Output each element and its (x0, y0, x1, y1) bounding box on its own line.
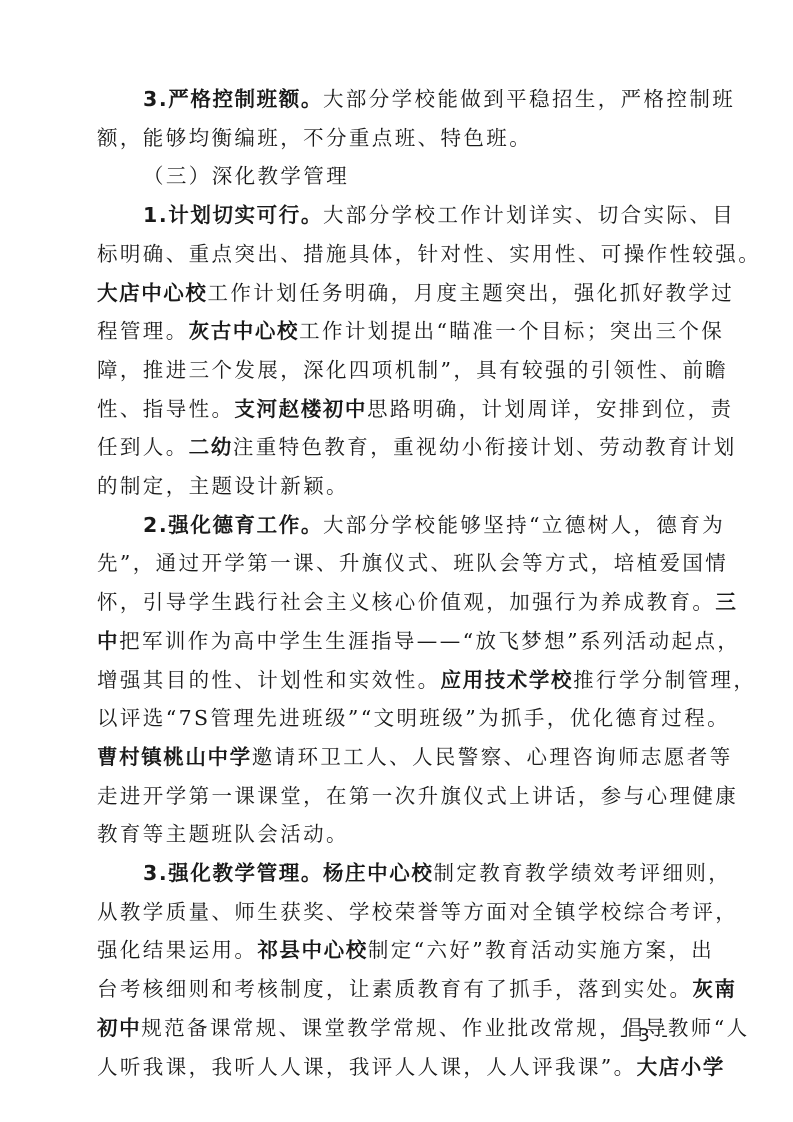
text-run: 程管理。 (97, 319, 189, 343)
text-line: 怀，引导学生践行社会主义核心价值观，加强行为养成教育。三 (97, 587, 737, 617)
bold-text: 二幼 (189, 435, 233, 459)
text-run: 标明确、重点突出、措施具体，针对性、实用性、可操作性较强。 (97, 242, 761, 266)
text-line: （三）深化教学管理 (143, 161, 349, 191)
bold-text: 3.强化教学管理。杨庄中心校 (143, 861, 433, 885)
text-run: 教育等主题班队会活动。 (97, 822, 349, 846)
bold-text: 曹村镇桃山中学 (97, 745, 252, 769)
text-line: 教育等主题班队会活动。 (97, 819, 349, 849)
text-line: 任到人。二幼注重特色教育，重视幼小衔接计划、劳动教育计划 (97, 432, 737, 462)
text-run: 注重特色教育，重视幼小衔接计划、劳动教育计划 (233, 435, 737, 459)
text-line: 程管理。灰古中心校工作计划提出“瞄准一个目标；突出三个保 (97, 316, 724, 346)
text-line: 以评选“7S管理先进班级”“文明班级”为抓手，优化德育过程。 (97, 703, 730, 733)
bold-text: 灰古中心校 (189, 319, 300, 343)
text-run: 邀请环卫工人、人民警察、心理咨询师志愿者等 (252, 745, 733, 769)
text-run: （三）深化教学管理 (143, 164, 349, 188)
text-run: 把军训作为高中学生生涯指导——“放飞梦想”系列活动起点， (119, 629, 740, 653)
text-run: 的制定，主题设计新颖。 (97, 474, 349, 498)
text-line: 先”，通过开学第一课、升旗仪式、班队会等方式，培植爱国情 (97, 548, 728, 578)
page-number: - 3 - (620, 1025, 671, 1046)
text-line: 1.计划切实可行。大部分学校工作计划详实、切合实际、目 (143, 200, 735, 230)
bold-text: 大店中心校 (97, 281, 208, 305)
bold-text: 2.强化德育工作。 (143, 513, 323, 537)
text-line: 台考核细则和考核制度，让素质教育有了抓手，落到实处。灰南 (97, 974, 737, 1004)
text-run: 任到人。 (97, 435, 189, 459)
bold-text: 3.严格控制班额。 (143, 87, 323, 111)
bold-text: 灰南 (692, 977, 736, 1001)
text-line: 的制定，主题设计新颖。 (97, 471, 349, 501)
text-line: 性、指导性。支河赵楼初中思路明确，计划周详，安排到位，责 (97, 394, 733, 424)
bold-text: 三 (715, 590, 737, 614)
text-run: 大部分学校能够坚持“立德树人，德育为 (323, 513, 725, 537)
text-line: 人听我课，我听人人课，我评人人课，人人评我课”。大店小学 (97, 1052, 725, 1082)
text-line: 增强其目的性、计划性和实效性。应用技术学校推行学分制管理， (97, 665, 756, 695)
text-run: 推行学分制管理， (573, 668, 756, 692)
text-line: 强化结果运用。祁县中心校制定“六好”教育活动实施方案，出 (97, 935, 714, 965)
text-run: 障，推进三个发展，深化四项机制”，具有较强的引领性、前瞻 (97, 358, 728, 382)
text-line: 3.强化教学管理。杨庄中心校制定教育教学绩效考评细则， (143, 858, 731, 888)
bold-text: 中 (97, 629, 119, 653)
text-run: 大部分学校工作计划详实、切合实际、目 (323, 203, 735, 227)
text-run: 制定教育教学绩效考评细则， (433, 861, 731, 885)
text-line: 从教学质量、师生获奖、学校荣誉等方面对全镇学校综合考评， (97, 897, 738, 927)
text-run: 人听我课，我听人人课，我评人人课，人人评我课”。 (97, 1055, 637, 1079)
bold-text: 初中 (97, 1016, 141, 1040)
text-run: 性、指导性。 (97, 397, 234, 421)
text-run: 从教学质量、师生获奖、学校荣誉等方面对全镇学校综合考评， (97, 900, 738, 924)
text-run: 思路明确，计划周详，安排到位，责 (367, 397, 733, 421)
text-run: 先”，通过开学第一课、升旗仪式、班队会等方式，培植爱国情 (97, 551, 728, 575)
text-line: 中把军训作为高中学生生涯指导——“放飞梦想”系列活动起点， (97, 626, 740, 656)
text-line: 额，能够均衡编班，不分重点班、特色班。 (97, 123, 532, 153)
text-run: 工作计划任务明确，月度主题突出，强化抓好教学过 (208, 281, 735, 305)
text-line: 3.严格控制班额。大部分学校能做到平稳招生，严格控制班 (143, 84, 735, 114)
text-line: 大店中心校工作计划任务明确，月度主题突出，强化抓好教学过 (97, 278, 734, 308)
bold-text: 支河赵楼初中 (234, 397, 367, 421)
text-line: 走进开学第一课课堂，在第一次升旗仪式上讲话，参与心理健康 (97, 781, 738, 811)
text-line: 2.强化德育工作。大部分学校能够坚持“立德树人，德育为 (143, 510, 725, 540)
bold-text: 应用技术学校 (441, 668, 574, 692)
bold-text: 祁县中心校 (257, 938, 368, 962)
text-line: 标明确、重点突出、措施具体，针对性、实用性、可操作性较强。 (97, 239, 761, 269)
text-run: 台考核细则和考核制度，让素质教育有了抓手，落到实处。 (97, 977, 692, 1001)
text-line: 障，推进三个发展，深化四项机制”，具有较强的引领性、前瞻 (97, 355, 728, 385)
text-run: 增强其目的性、计划性和实效性。 (97, 668, 441, 692)
document-page: 3.严格控制班额。大部分学校能做到平稳招生，严格控制班额，能够均衡编班，不分重点… (0, 0, 793, 1122)
bold-text: 1.计划切实可行。 (143, 203, 323, 227)
bold-text: 大店小学 (637, 1055, 725, 1079)
text-run: 强化结果运用。 (97, 938, 257, 962)
text-run: 以评选“7S管理先进班级”“文明班级”为抓手，优化德育过程。 (97, 706, 730, 730)
text-run: 大部分学校能做到平稳招生，严格控制班 (323, 87, 735, 111)
text-run: 工作计划提出“瞄准一个目标；突出三个保 (299, 319, 724, 343)
text-run: 制定“六好”教育活动实施方案，出 (368, 938, 714, 962)
text-run: 走进开学第一课课堂，在第一次升旗仪式上讲话，参与心理健康 (97, 784, 738, 808)
text-run: 额，能够均衡编班，不分重点班、特色班。 (97, 126, 532, 150)
text-line: 曹村镇桃山中学邀请环卫工人、人民警察、心理咨询师志愿者等 (97, 742, 733, 772)
text-run: 怀，引导学生践行社会主义核心价值观，加强行为养成教育。 (97, 590, 715, 614)
